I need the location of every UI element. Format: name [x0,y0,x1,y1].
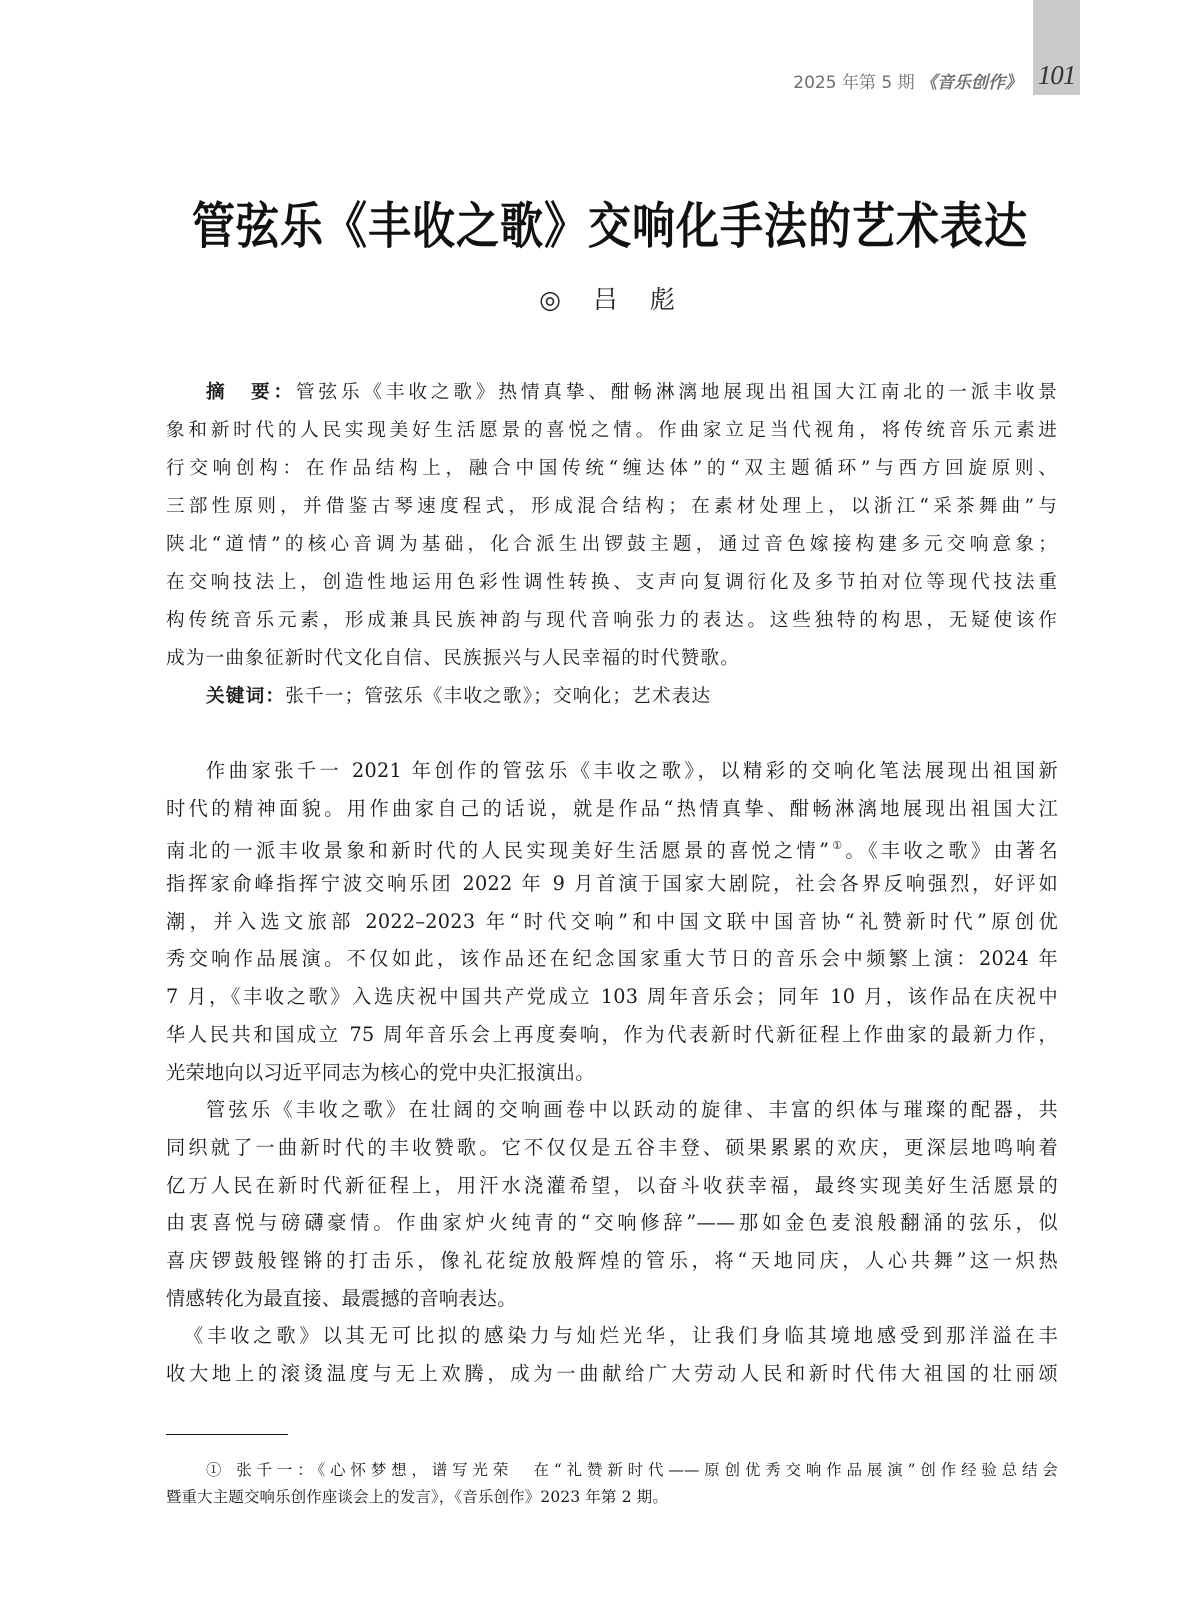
body-line: 《丰收之歌》以其无可比拟的感染力与灿烂光华，让我们身临其境地感受到那洋溢在丰 [166,1317,1058,1355]
running-header: 2025 年第 5 期 《音乐创作》 [793,68,1022,93]
keywords: 关键词：张千一；管弦乐《丰收之歌》；交响化；艺术表达 [166,678,1058,716]
body-line: 指挥家俞峰指挥宁波交响乐团 2022 年 9 月首演于国家大剧院，社会各界反响强… [166,865,1058,903]
body-line: 时代的精神面貌。用作曲家自己的话说，就是作品“热情真挚、酣畅淋漓地展现出祖国大江 [166,790,1058,828]
body-line: 管弦乐《丰收之歌》在壮阔的交响画卷中以跃动的旋律、丰富的织体与璀璨的配器，共 [166,1091,1058,1129]
article-author: ◎ 吕 彪 [0,280,1200,316]
body-line: 作曲家张千一 2021 年创作的管弦乐《丰收之歌》，以精彩的交响化笔法展现出祖国… [166,752,1058,790]
abstract-line: 三部性原则，并借鉴古琴速度程式，形成混合结构；在素材处理上，以浙江“采茶舞曲”与 [166,488,1058,526]
body-line: 秀交响作品展演。不仅如此，该作品还在纪念国家重大节日的音乐会中频繁上演：2024… [166,940,1058,978]
footnote-line: 暨重大主题交响乐创作座谈会上的发言》，《音乐创作》2023 年第 2 期。 [166,1484,1058,1511]
body-line: 潮，并入选文旅部 2022–2023 年“时代交响”和中国文联中国音协“礼赞新时… [166,903,1058,941]
footnote-ref[interactable]: ① [829,839,845,852]
abstract-line: 在交响技法上，创造性地运用色彩性调性转换、支声向复调衍化及多节拍对位等现代技法重 [166,564,1058,602]
body-line: 光荣地向以习近平同志为核心的党中央汇报演出。 [166,1054,1058,1092]
abstract-line: 构传统音乐元素，形成兼具民族神韵与现代音响张力的表达。这些独特的构思，无疑使该作 [166,602,1058,640]
footnote-line: ① 张千一：《心怀梦想，谱写光荣 在“礼赞新时代——原创优秀交响作品展演”创作经… [166,1457,1058,1484]
footnotes: ① 张千一：《心怀梦想，谱写光荣 在“礼赞新时代——原创优秀交响作品展演”创作经… [166,1457,1058,1511]
footnote-divider [166,1434,288,1435]
body-line: 华人民共和国成立 75 周年音乐会上再度奏响，作为代表新时代新征程上作曲家的最新… [166,1016,1058,1054]
page-number: 101 [1033,60,1080,91]
keywords-text: 张千一；管弦乐《丰收之歌》；交响化；艺术表达 [285,686,711,707]
body-line: 亿万人民在新时代新征程上，用汗水浇灌希望，以奋斗收获幸福，最终实现美好生活愿景的 [166,1167,1058,1205]
abstract-line: 行交响创构：在作品结构上，融合中国传统“缠达体”的“双主题循环”与西方回旋原则、 [166,450,1058,488]
footnote-marker: ① [206,1461,226,1479]
body-line: 由衷喜悦与磅礴豪情。作曲家炉火纯青的“交响修辞”——那如金色麦浪般翻涌的弦乐，似 [166,1204,1058,1242]
abstract-line: 象和新时代的人民实现美好生活愿景的喜悦之情。作曲家立足当代视角，将传统音乐元素进 [166,412,1058,450]
journal-name: 《音乐创作》 [920,73,1022,93]
body-line: 南北的一派丰收景象和新时代的人民实现美好生活愿景的喜悦之情”①。《丰收之歌》由著… [166,827,1058,865]
body-line: 喜庆锣鼓般铿锵的打击乐，像礼花绽放般辉煌的管乐，将“天地同庆，人心共舞”这一炽热 [166,1242,1058,1280]
abstract-line: 摘 要：管弦乐《丰收之歌》热情真挚、酣畅淋漓地展现出祖国大江南北的一派丰收景 [166,374,1058,412]
abstract-line: 陕北“道情”的核心音调为基础，化合派生出锣鼓主题，通过音色嫁接构建多元交响意象； [166,526,1058,564]
body-line: 同织就了一曲新时代的丰收赞歌。它不仅仅是五谷丰登、硕果累累的欢庆，更深层地鸣响着 [166,1129,1058,1167]
abstract: 摘 要：管弦乐《丰收之歌》热情真挚、酣畅淋漓地展现出祖国大江南北的一派丰收景 象… [166,374,1058,716]
abstract-label: 摘 要： [206,382,296,403]
article-title: 管弦乐《丰收之歌》交响化手法的艺术表达 [0,188,1200,258]
abstract-line: 成为一曲象征新时代文化自信、民族振兴与人民幸福的时代赞歌。 [166,640,1058,678]
body-line: 7 月，《丰收之歌》入选庆祝中国共产党成立 103 周年音乐会；同年 10 月，… [166,978,1058,1016]
keywords-label: 关键词： [206,686,285,707]
body-line: 收大地上的滚烫温度与无上欢腾，成为一曲献给广大劳动人民和新时代伟大祖国的壮丽颂 [166,1355,1058,1393]
body-text: 作曲家张千一 2021 年创作的管弦乐《丰收之歌》，以精彩的交响化笔法展现出祖国… [166,752,1058,1393]
body-line: 情感转化为最直接、最震撼的音响表达。 [166,1280,1058,1318]
issue-label: 2025 年第 5 期 [793,73,914,93]
